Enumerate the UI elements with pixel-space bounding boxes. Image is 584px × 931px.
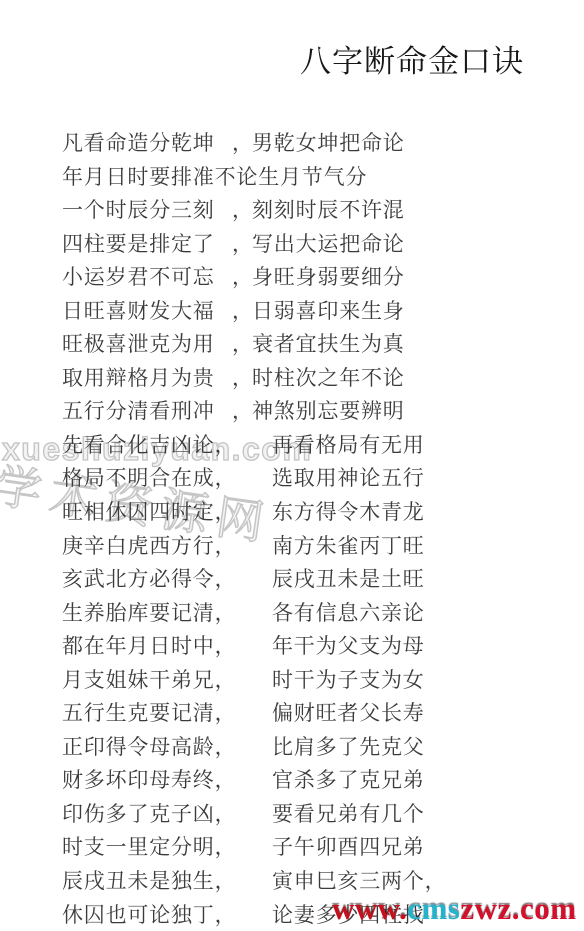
verse-right: 比肩多了先克父 xyxy=(272,731,425,761)
verse-left: 休囚也可论独丁， xyxy=(62,899,236,929)
verse-line: 小运岁君不可忘，身旺身弱要细分 xyxy=(62,258,532,292)
verse-line: 一个时辰分三刻，刻刻时辰不许混 xyxy=(62,191,532,225)
verse-line: 日旺喜财发大福，日弱喜印来生身 xyxy=(62,292,532,326)
verse-left: 小运岁君不可忘 xyxy=(62,261,215,291)
verse-right: 男乾女坤把命论 xyxy=(252,127,405,157)
verse-left: 印伤多了克子凶， xyxy=(62,798,236,828)
verse-left: 年月日时要排准不论生月节气分 xyxy=(62,161,367,191)
verse-left: 财多坏印母寿终， xyxy=(62,764,236,794)
verse-left: 五行分清看刑冲 xyxy=(62,395,215,425)
verse-left: 月支姐妹干弟兄， xyxy=(62,664,236,694)
verse-left: 辰戌丑未是独生， xyxy=(62,865,236,895)
verse-right: 时干为子支为女 xyxy=(272,664,425,694)
verse-line: 旺极喜泄克为用，衰者宜扶生为真 xyxy=(62,325,532,359)
verse-line: 取用辩格月为贵，时柱次之年不论 xyxy=(62,359,532,393)
verse-left: 四柱要是排定了 xyxy=(62,228,215,258)
verse-comma: ， xyxy=(232,362,254,392)
verse-line: 都在年月日时中，年干为父支为母 xyxy=(62,627,532,661)
verse-left: 庚辛白虎西方行， xyxy=(62,530,236,560)
verse-line: 印伤多了克子凶，要看兄弟有几个 xyxy=(62,795,532,829)
verse-line: 财多坏印母寿终，官杀多了克兄弟 xyxy=(62,761,532,795)
verse-right: 日弱喜印来生身 xyxy=(252,295,405,325)
watermark-red-suffix: zwz.com xyxy=(460,891,576,926)
watermark-red-prefix: www. xyxy=(332,891,407,926)
verse-right: 刻刻时辰不许混 xyxy=(252,194,405,224)
verse-left: 旺极喜泄克为用 xyxy=(62,328,215,358)
verse-right: 选取用神论五行 xyxy=(272,462,425,492)
watermark-red-site: www.cmszwz.com xyxy=(332,891,577,927)
verse-left: 生养胎库要记清， xyxy=(62,597,236,627)
verse-right: 东方得令木青龙 xyxy=(272,496,425,526)
verse-right: 衰者宜扶生为真 xyxy=(252,328,405,358)
verse-line: 四柱要是排定了，写出大运把命论 xyxy=(62,225,532,259)
verse-right: 子午卯酉四兄弟 xyxy=(272,831,425,861)
verse-right: 各有信息六亲论 xyxy=(272,597,425,627)
verse-left: 凡看命造分乾坤 xyxy=(62,127,215,157)
page-title: 八字断命金口诀 xyxy=(300,36,524,81)
verse-left: 格局不明合在成， xyxy=(62,462,236,492)
verse-comma: ， xyxy=(232,228,254,258)
verse-line: 正印得令母高龄，比肩多了先克父 xyxy=(62,728,532,762)
verse-block: 凡看命造分乾坤，男乾女坤把命论 年月日时要排准不论生月节气分 一个时辰分三刻，刻… xyxy=(62,124,532,929)
verse-line: 先看合化吉凶论，再看格局有无用 xyxy=(62,426,532,460)
verse-line: 旺相休囚四时定，东方得令木青龙 xyxy=(62,493,532,527)
verse-line: 凡看命造分乾坤，男乾女坤把命论 xyxy=(62,124,532,158)
verse-right: 偏财旺者父长寿 xyxy=(272,697,425,727)
verse-comma: ， xyxy=(232,328,254,358)
document-page: 八字断命金口诀 xueshuziyuan.com 学术资源网 凡看命造分乾坤，男… xyxy=(0,0,584,931)
verse-left: 日旺喜财发大福 xyxy=(62,295,215,325)
verse-right: 时柱次之年不论 xyxy=(252,362,405,392)
verse-line: 生养胎库要记清，各有信息六亲论 xyxy=(62,594,532,628)
verse-right: 年干为父支为母 xyxy=(272,630,425,660)
verse-left: 都在年月日时中， xyxy=(62,630,236,660)
verse-left: 取用辩格月为贵 xyxy=(62,362,215,392)
verse-left: 旺相休囚四时定， xyxy=(62,496,236,526)
verse-right: 官杀多了克兄弟 xyxy=(272,764,425,794)
verse-right: 再看格局有无用 xyxy=(272,429,425,459)
verse-right: 身旺身弱要细分 xyxy=(252,261,405,291)
verse-right: 神煞别忘要辨明 xyxy=(252,395,405,425)
verse-left: 先看合化吉凶论， xyxy=(62,429,236,459)
verse-comma: ， xyxy=(232,261,254,291)
verse-line: 月支姐妹干弟兄，时干为子支为女 xyxy=(62,661,532,695)
verse-line: 五行生克要记清，偏财旺者父长寿 xyxy=(62,694,532,728)
verse-line: 格局不明合在成，选取用神论五行 xyxy=(62,459,532,493)
verse-right: 辰戌丑未是土旺 xyxy=(272,563,425,593)
verse-comma: ， xyxy=(232,295,254,325)
verse-left: 正印得令母高龄， xyxy=(62,731,236,761)
verse-comma: ， xyxy=(232,194,254,224)
verse-right: 要看兄弟有几个 xyxy=(272,798,425,828)
verse-right: 南方朱雀丙丁旺 xyxy=(272,530,425,560)
verse-line: 庚辛白虎西方行，南方朱雀丙丁旺 xyxy=(62,527,532,561)
verse-comma: ， xyxy=(232,395,254,425)
verse-left: 时支一里定分明， xyxy=(62,831,236,861)
verse-line: 年月日时要排准不论生月节气分 xyxy=(62,158,532,192)
verse-line: 五行分清看刑冲，神煞别忘要辨明 xyxy=(62,392,532,426)
verse-line: 时支一里定分明，子午卯酉四兄弟 xyxy=(62,828,532,862)
verse-left: 五行生克要记清， xyxy=(62,697,236,727)
verse-left: 亥武北方必得令， xyxy=(62,563,236,593)
verse-right: 写出大运把命论 xyxy=(252,228,405,258)
watermark-red-mid: cms xyxy=(407,891,460,926)
verse-line: 亥武北方必得令，辰戌丑未是土旺 xyxy=(62,560,532,594)
verse-comma: ， xyxy=(232,127,254,157)
verse-left: 一个时辰分三刻 xyxy=(62,194,215,224)
